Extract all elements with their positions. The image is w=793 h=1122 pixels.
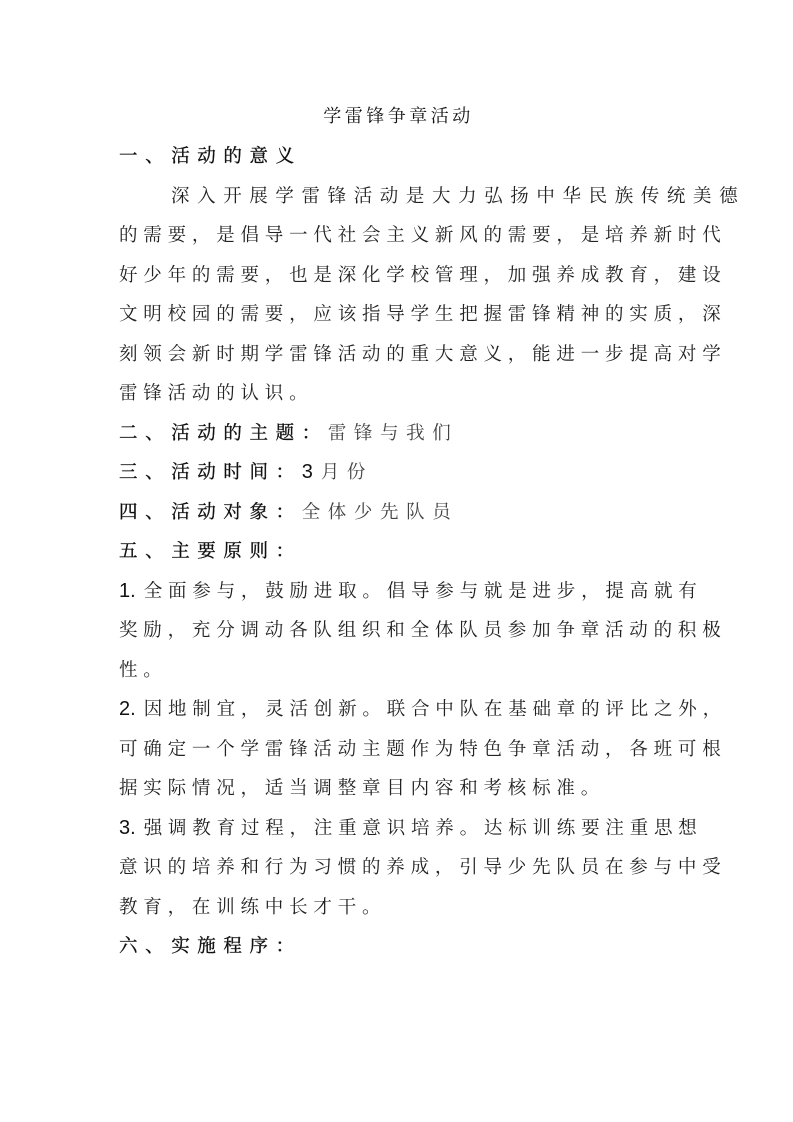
paragraph-line: 的需要，是倡导一代社会主义新风的需要，是培养新时代 (119, 216, 675, 256)
section-procedure-heading: 六、实施程序： (119, 927, 675, 967)
heading-label: 六、实施程序： (119, 936, 302, 957)
theme-label: 二、活动的主题： (119, 423, 328, 444)
principle-item-2: 2.因地制宜，灵活创新。联合中队在基础章的评比之外， 可确定一个学雷锋活动主题作… (119, 690, 675, 809)
paragraph-line: 奖励，充分调动各队组织和全体队员参加争章活动的积极 (119, 611, 675, 651)
significance-paragraph: 深入开展学雷锋活动是大力弘扬中华民族传统美德 的需要，是倡导一代社会主义新风的需… (119, 177, 675, 414)
paragraph-line: 教育，在训练中长才干。 (119, 888, 675, 928)
principle-number: 3. (119, 817, 136, 839)
document-title: 学雷锋争章活动 (119, 100, 675, 134)
section-time: 三、活动时间：3月份 (119, 453, 675, 493)
principle-text: 因地制宜，灵活创新。联合中队在基础章的评比之外， (144, 699, 727, 720)
document-page: 学雷锋争章活动 一、活动的意义 深入开展学雷锋活动是大力弘扬中华民族传统美德 的… (119, 100, 675, 967)
paragraph-line: 据实际情况，适当调整章目内容和考核标准。 (119, 769, 675, 809)
time-month-number: 3 (302, 461, 313, 483)
time-label: 三、活动时间： (119, 462, 302, 483)
paragraph-line: 文明校园的需要，应该指导学生把握雷锋精神的实质，深 (119, 295, 675, 335)
paragraph-line: 刻领会新时期学雷锋活动的重大意义，能进一步提高对学 (119, 335, 675, 375)
principle-number: 2. (119, 698, 136, 720)
principle-number: 1. (119, 580, 136, 602)
principle-item-1: 1.全面参与，鼓励进取。倡导参与就是进步，提高就有 奖励，充分调动各队组织和全体… (119, 572, 675, 691)
section-theme: 二、活动的主题：雷锋与我们 (119, 414, 675, 454)
paragraph-line: 性。 (119, 651, 675, 691)
heading-label: 一、活动的意义 (119, 146, 302, 167)
heading-label: 五、主要原则： (119, 541, 302, 562)
section-principles-heading: 五、主要原则： (119, 532, 675, 572)
section-participants: 四、活动对象：全体少先队员 (119, 493, 675, 533)
paragraph-line: 可确定一个学雷锋活动主题作为特色争章活动，各班可根 (119, 730, 675, 770)
paragraph-line: 2.因地制宜，灵活创新。联合中队在基础章的评比之外， (119, 690, 675, 730)
paragraph-line: 3.强调教育过程，注重意识培养。达标训练要注重思想 (119, 809, 675, 849)
principle-text: 强调教育过程，注重意识培养。达标训练要注重思想 (144, 818, 703, 839)
participants-label: 四、活动对象： (119, 502, 302, 523)
participants-value: 全体少先队员 (302, 502, 459, 523)
principle-item-3: 3.强调教育过程，注重意识培养。达标训练要注重思想 意识的培养和行为习惯的养成，… (119, 809, 675, 928)
paragraph-line: 好少年的需要，也是深化学校管理，加强养成教育，建设 (119, 256, 675, 296)
paragraph-line: 雷锋活动的认识。 (119, 374, 675, 414)
section-heading-significance: 一、活动的意义 (119, 137, 675, 177)
paragraph-line: 深入开展学雷锋活动是大力弘扬中华民族传统美德 (119, 177, 675, 217)
paragraph-line: 意识的培养和行为习惯的养成，引导少先队员在参与中受 (119, 848, 675, 888)
time-value: 月份 (321, 462, 373, 483)
theme-value: 雷锋与我们 (328, 423, 459, 444)
principle-text: 全面参与，鼓励进取。倡导参与就是进步，提高就有 (144, 581, 703, 602)
paragraph-line: 1.全面参与，鼓励进取。倡导参与就是进步，提高就有 (119, 572, 675, 612)
